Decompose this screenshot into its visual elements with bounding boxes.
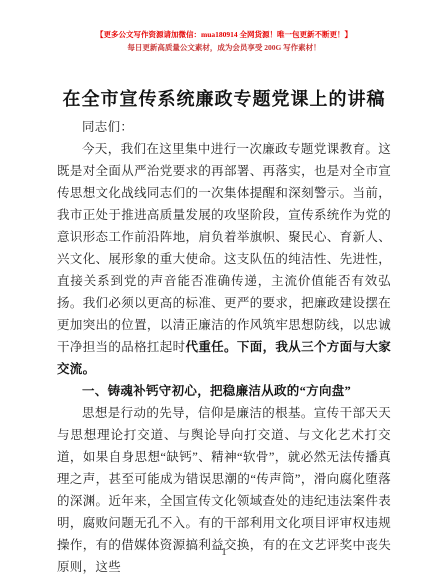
page-number: 1: [0, 546, 448, 558]
paragraph-1-text: 今天，我们在这里集中进行一次廉政专题党课教育。这既是对全面从严治党要求的再部署、…: [57, 142, 391, 354]
document-title: 在全市宣传系统廉政专题党课上的讲稿: [30, 88, 418, 110]
document-page: 【更多公文写作资源请加微信：mua180914 全网货源！唯一包更新不断更！】 …: [0, 0, 448, 580]
salutation: 同志们：: [57, 116, 391, 138]
header-watermark: 【更多公文写作资源请加微信：mua180914 全网货源！唯一包更新不断更！】 …: [0, 0, 448, 53]
document-body: 同志们： 今天，我们在这里集中进行一次廉政专题党课教育。这既是对全面从严治党要求…: [57, 116, 391, 578]
watermark-line-1: 【更多公文写作资源请加微信：mua180914 全网货源！唯一包更新不断更！】: [0, 29, 448, 40]
section-1-heading: 一、铸魂补钙守初心，把稳廉洁从政的“方向盘”: [57, 380, 391, 402]
paragraph-1: 今天，我们在这里集中进行一次廉政专题党课教育。这既是对全面从严治党要求的再部署、…: [57, 138, 391, 380]
watermark-line-2: 每日更新高质量公文素材，成为会员享受 200G 写作素材！: [0, 43, 448, 53]
